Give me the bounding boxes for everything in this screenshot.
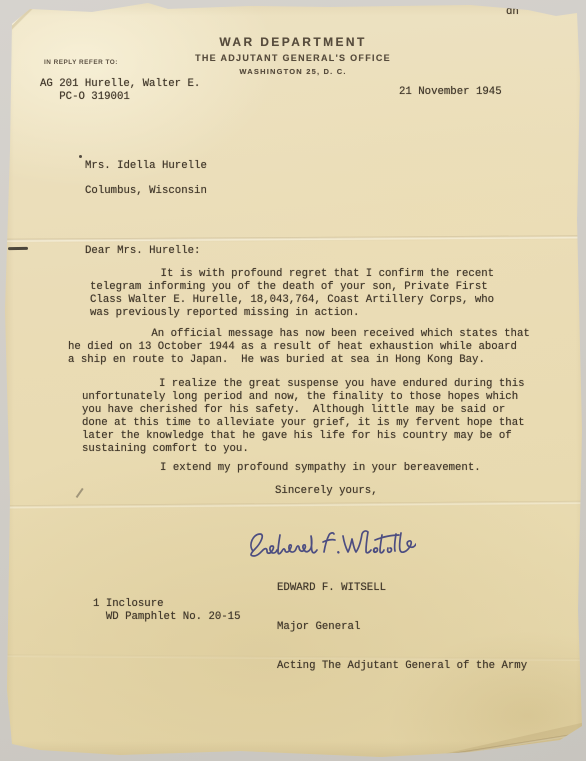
horizontal-crease-upper — [0, 235, 586, 243]
letterhead-city: WASHINGTON 25, D. C. — [0, 67, 586, 76]
letter-paper: dh WAR DEPARTMENT THE ADJUTANT GENERAL'S… — [0, 0, 586, 761]
horizontal-crease-lower — [0, 501, 586, 510]
stray-slash-mark — [76, 488, 84, 498]
body-paragraph-4: I extend my profound sympathy in your be… — [160, 462, 481, 475]
corner-fold-crease — [409, 730, 586, 761]
left-edge-ink-mark — [8, 247, 28, 250]
signature-block: EDWARD F. WITSELL Major General Acting T… — [277, 556, 527, 699]
body-paragraph-1: It is with profound regret that I confir… — [90, 268, 494, 320]
reply-refer-label: IN REPLY REFER TO: — [44, 59, 118, 66]
signer-title: Acting The Adjutant General of the Army — [277, 660, 527, 673]
file-reference: AG 201 Hurelle, Walter E. PC-O 319001 — [40, 78, 200, 104]
annotator-initials: dh — [506, 6, 519, 19]
enclosure-note: 1 Inclosure WD Pamphlet No. 20-15 — [93, 598, 241, 624]
body-paragraph-3: I realize the great suspense you have en… — [82, 378, 525, 456]
body-paragraph-2: An official message has now been receive… — [68, 328, 530, 367]
valediction: Sincerely yours, — [275, 485, 378, 498]
stray-period-mark — [79, 155, 82, 158]
paper-fold-top-left — [8, 6, 60, 58]
letter-date: 21 November 1945 — [399, 86, 502, 99]
letterhead-org: WAR DEPARTMENT — [0, 35, 586, 49]
signer-rank: Major General — [277, 621, 527, 634]
salutation: Dear Mrs. Hurelle: — [85, 245, 200, 258]
signer-name: EDWARD F. WITSELL — [277, 582, 527, 595]
recipient-city: Columbus, Wisconsin — [85, 185, 207, 198]
recipient-name: Mrs. Idella Hurelle — [85, 160, 207, 173]
scanned-letter: dh WAR DEPARTMENT THE ADJUTANT GENERAL'S… — [0, 0, 586, 761]
